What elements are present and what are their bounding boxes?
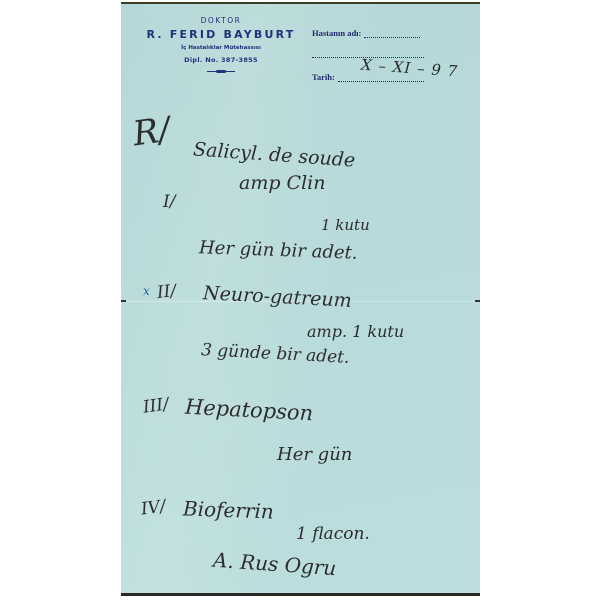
check-mark-icon: x (143, 284, 150, 298)
doctor-specialty: İç Hastalıklar Mütehassısı (121, 45, 321, 51)
item-1-name: Salicyl. de soude (192, 138, 355, 171)
item-1-line2: amp Clin (239, 172, 325, 194)
ornament-icon (207, 70, 235, 73)
item-1-number: I/ (163, 192, 175, 212)
letterhead: DOKTOR R. FERID BAYBURT İç Hastalıklar M… (121, 16, 321, 73)
patient-name-line (364, 29, 420, 38)
letterhead-title: DOKTOR (121, 16, 321, 25)
item-4-name: Bioferrin (183, 496, 275, 523)
fold-tick (475, 300, 480, 302)
item-1-dosage: Her gün bir adet. (199, 237, 358, 264)
fold-tick (121, 300, 126, 302)
patient-name-field: Hastanın adı: (312, 18, 424, 38)
item-2-name: Neuro-gatreum (203, 282, 353, 312)
patient-name-line-2 (312, 38, 424, 58)
item-1-quantity: 1 kutu (321, 216, 370, 234)
item-3-name: Hepatopson (184, 395, 313, 426)
patient-name-label: Hastanın adı: (312, 28, 361, 38)
prescription-sheet: DOKTOR R. FERID BAYBURT İç Hastalıklar M… (121, 2, 480, 596)
item-3-dosage: Her gün (277, 444, 352, 465)
diploma-number: Dipl. No. 387-3855 (121, 56, 321, 64)
item-4-quantity: 1 flacon. (296, 524, 370, 544)
item-3-number: III/ (142, 394, 170, 417)
date-label: Tarih: (312, 72, 335, 82)
item-4-number: IV/ (140, 496, 167, 519)
item-2-quantity: amp. 1 kutu (307, 322, 404, 341)
doctor-name: R. FERID BAYBURT (121, 28, 321, 41)
rx-symbol: R/ (130, 110, 172, 155)
doctor-signature: A. Rus Ogru (212, 548, 337, 581)
item-2-number: II/ (156, 281, 177, 303)
item-2-dosage: 3 günde bir adet. (201, 340, 350, 368)
